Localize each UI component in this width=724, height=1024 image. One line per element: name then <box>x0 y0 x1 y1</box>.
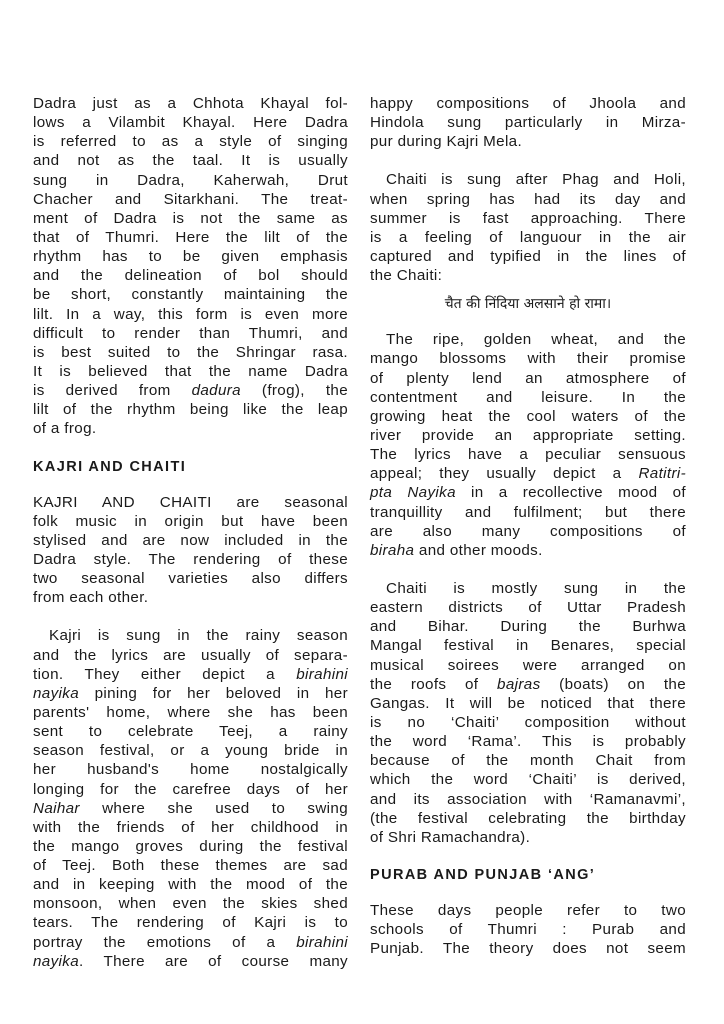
text-line: Punjab. The theory does not seem <box>370 939 686 958</box>
text-run: where she used to swing <box>80 800 348 817</box>
text-line: difficult to render than Thumri, and <box>33 324 348 343</box>
text-line: of Teej. Both these themes are sad <box>33 856 348 875</box>
text-line: captured and typified in the lines of <box>370 247 686 266</box>
text-run: and other moods. <box>414 542 542 559</box>
text-line: mango blossoms with their promise <box>370 349 686 368</box>
paragraph-purab-punjab: These days people refer to two schools o… <box>370 901 686 958</box>
text-line: and in keeping with the mood of the <box>33 875 348 894</box>
text-line: Chaiti is sung after Phag and Holi, <box>370 170 686 189</box>
text-line: is a feeling of languour in the air <box>370 228 686 247</box>
spacer <box>370 314 686 330</box>
spacer <box>370 560 686 579</box>
spacer <box>33 439 348 458</box>
spacer <box>33 607 348 626</box>
text-line: river provide an appropriate setting. <box>370 426 686 445</box>
spacer <box>370 285 686 295</box>
text-line: be short, constantly maintaining the <box>33 285 348 304</box>
text-line: sung in Dadra, Kaherwah, Drut <box>33 171 348 190</box>
italic-term: birahini <box>296 666 348 683</box>
text-line: nayika pining for her beloved in her <box>33 684 348 703</box>
text-line: and Bihar. During the Burhwa <box>370 617 686 636</box>
spacer <box>370 847 686 866</box>
text-run: . There are of course many <box>79 953 348 970</box>
text-line: is derived from dadura (frog), the <box>33 381 348 400</box>
italic-term: bajras <box>497 676 540 693</box>
text-line: Chaiti is mostly sung in the <box>370 579 686 598</box>
spacer <box>370 151 686 170</box>
text-run: in a recollective mood of <box>456 484 686 501</box>
text-line: when spring has had its day and <box>370 190 686 209</box>
text-line: and its association with ‘Ramanavmi’, <box>370 790 686 809</box>
text-line: pta Nayika in a recollective mood of <box>370 483 686 502</box>
text-line: nayika. There are of course many <box>33 952 348 971</box>
left-column: Dadra just as a Chhota Khayal fol- lows … <box>33 94 348 971</box>
text-line: sent to celebrate Teej, a rainy <box>33 722 348 741</box>
italic-term: biraha <box>370 542 414 559</box>
text-line: Dadra style. The rendering of these <box>33 550 348 569</box>
section-heading-purab-punjab: PURAB AND PUNJAB ‘ANG’ <box>370 866 686 885</box>
paragraph-kajri-detail: Kajri is sung in the rainy season and th… <box>33 626 348 971</box>
text-line: stylised and are now included in the <box>33 531 348 550</box>
text-line: is best suited to the Shringar rasa. <box>33 343 348 362</box>
hindi-quote: चैत की निंदिया अलसाने हो रामा। <box>370 295 686 314</box>
text-line: Naihar where she used to swing <box>33 799 348 818</box>
text-line: happy compositions of Jhoola and <box>370 94 686 113</box>
text-line: are also many compositions of <box>370 522 686 541</box>
text-line: Hindola sung particularly in Mirza- <box>370 113 686 132</box>
text-line: pur during Kajri Mela. <box>370 132 686 151</box>
spacer <box>33 477 348 493</box>
text-line: which the word ‘Chaiti’ is derived, <box>370 770 686 789</box>
text-line: that of Thumri. Here the lilt of the <box>33 228 348 247</box>
section-heading-kajri-chaiti: KAJRI AND CHAITI <box>33 458 348 477</box>
italic-term: nayika <box>33 953 79 970</box>
text-line: Dadra just as a Chhota Khayal fol- <box>33 94 348 113</box>
text-line: the mango groves during the festival <box>33 837 348 856</box>
text-line: and the delineation of bol should <box>33 266 348 285</box>
text-line: because of the month Chait from <box>370 751 686 770</box>
text-line: of plenty lend an atmosphere of <box>370 369 686 388</box>
text-line: the word ‘Rama’. This is probably <box>370 732 686 751</box>
text-line: and the lyrics are usually of separa- <box>33 646 348 665</box>
paragraph-jhoola: happy compositions of Jhoola and Hindola… <box>370 94 686 151</box>
text-line: Kajri is sung in the rainy season <box>33 626 348 645</box>
text-line: It is believed that the name Dadra <box>33 362 348 381</box>
text-run: (frog), the <box>241 382 348 399</box>
text-line: parents' home, where she has been <box>33 703 348 722</box>
italic-term: Naihar <box>33 800 80 817</box>
paragraph-kajri-intro: KAJRI AND CHAITI are seasonal folk music… <box>33 493 348 608</box>
text-line: tion. They either depict a birahini <box>33 665 348 684</box>
text-line: growing heat the cool waters of the <box>370 407 686 426</box>
text-run: (boats) on the <box>541 676 686 693</box>
text-line: The ripe, golden wheat, and the <box>370 330 686 349</box>
text-line: These days people refer to two <box>370 901 686 920</box>
text-line: monsoon, when even the skies shed <box>33 894 348 913</box>
paragraph-chaiti-mood: The ripe, golden wheat, and the mango bl… <box>370 330 686 560</box>
text-run: appeal; they usually depict a <box>370 465 638 482</box>
text-line: her husband's home nostalgically <box>33 760 348 779</box>
text-line: KAJRI AND CHAITI are seasonal <box>33 493 348 512</box>
text-line: eastern districts of Uttar Pradesh <box>370 598 686 617</box>
text-line: with the friends of her childhood in <box>33 818 348 837</box>
paragraph-chaiti-region: Chaiti is mostly sung in the eastern dis… <box>370 579 686 847</box>
text-line: biraha and other moods. <box>370 541 686 560</box>
text-line: of Shri Ramachandra). <box>370 828 686 847</box>
text-line: the Chaiti: <box>370 266 686 285</box>
text-line: and not as the taal. It is usually <box>33 151 348 170</box>
text-line: appeal; they usually depict a Ratitri- <box>370 464 686 483</box>
text-line: from each other. <box>33 588 348 607</box>
italic-term: dadura <box>192 382 241 399</box>
italic-term: Ratitri- <box>638 465 686 482</box>
paragraph-dadra: Dadra just as a Chhota Khayal fol- lows … <box>33 94 348 439</box>
text-line: rhythm has to be given emphasis <box>33 247 348 266</box>
text-line: is referred to as a style of singing <box>33 132 348 151</box>
text-line: lilt of the rhythm being like the leap <box>33 400 348 419</box>
text-line: the roofs of bajras (boats) on the <box>370 675 686 694</box>
text-line: The lyrics have a peculiar sensuous <box>370 445 686 464</box>
text-line: tranquillity and fulfilment; but there <box>370 503 686 522</box>
text-line: portray the emotions of a birahini <box>33 933 348 952</box>
italic-term: nayika <box>33 685 79 702</box>
text-line: lilt. In a way, this form is even more <box>33 305 348 324</box>
italic-term: pta Nayika <box>370 484 456 501</box>
text-line: (the festival celebrating the birthday <box>370 809 686 828</box>
text-run: is derived from <box>33 382 192 399</box>
text-line: tears. The rendering of Kajri is to <box>33 913 348 932</box>
text-line: season festival, or a young bride in <box>33 741 348 760</box>
text-line: musical soirees were arranged on <box>370 656 686 675</box>
spacer <box>370 885 686 901</box>
text-line: folk music in origin but have been <box>33 512 348 531</box>
text-line: is no ‘Chaiti’ composition without <box>370 713 686 732</box>
text-line: contentment and leisure. In the <box>370 388 686 407</box>
text-line: Gangas. It will be noticed that there <box>370 694 686 713</box>
text-run: portray the emotions of a <box>33 934 296 951</box>
text-run: tion. They either depict a <box>33 666 296 683</box>
text-line: longing for the carefree days of her <box>33 780 348 799</box>
text-line: schools of Thumri : Purab and <box>370 920 686 939</box>
text-line: of a frog. <box>33 419 348 438</box>
text-line: summer is fast approaching. There <box>370 209 686 228</box>
text-line: two seasonal varieties also differs <box>33 569 348 588</box>
text-line: Mangal festival in Benares, special <box>370 636 686 655</box>
text-run: pining for her beloved in her <box>79 685 348 702</box>
text-line: lows a Vilambit Khayal. Here Dadra <box>33 113 348 132</box>
italic-term: birahini <box>296 934 348 951</box>
paragraph-chaiti-intro: Chaiti is sung after Phag and Holi, when… <box>370 170 686 285</box>
text-run: the roofs of <box>370 676 497 693</box>
text-line: ment of Dadra is not the same as <box>33 209 348 228</box>
text-line: Chacher and Sitarkhani. The treat- <box>33 190 348 209</box>
right-column: happy compositions of Jhoola and Hindola… <box>370 94 686 958</box>
